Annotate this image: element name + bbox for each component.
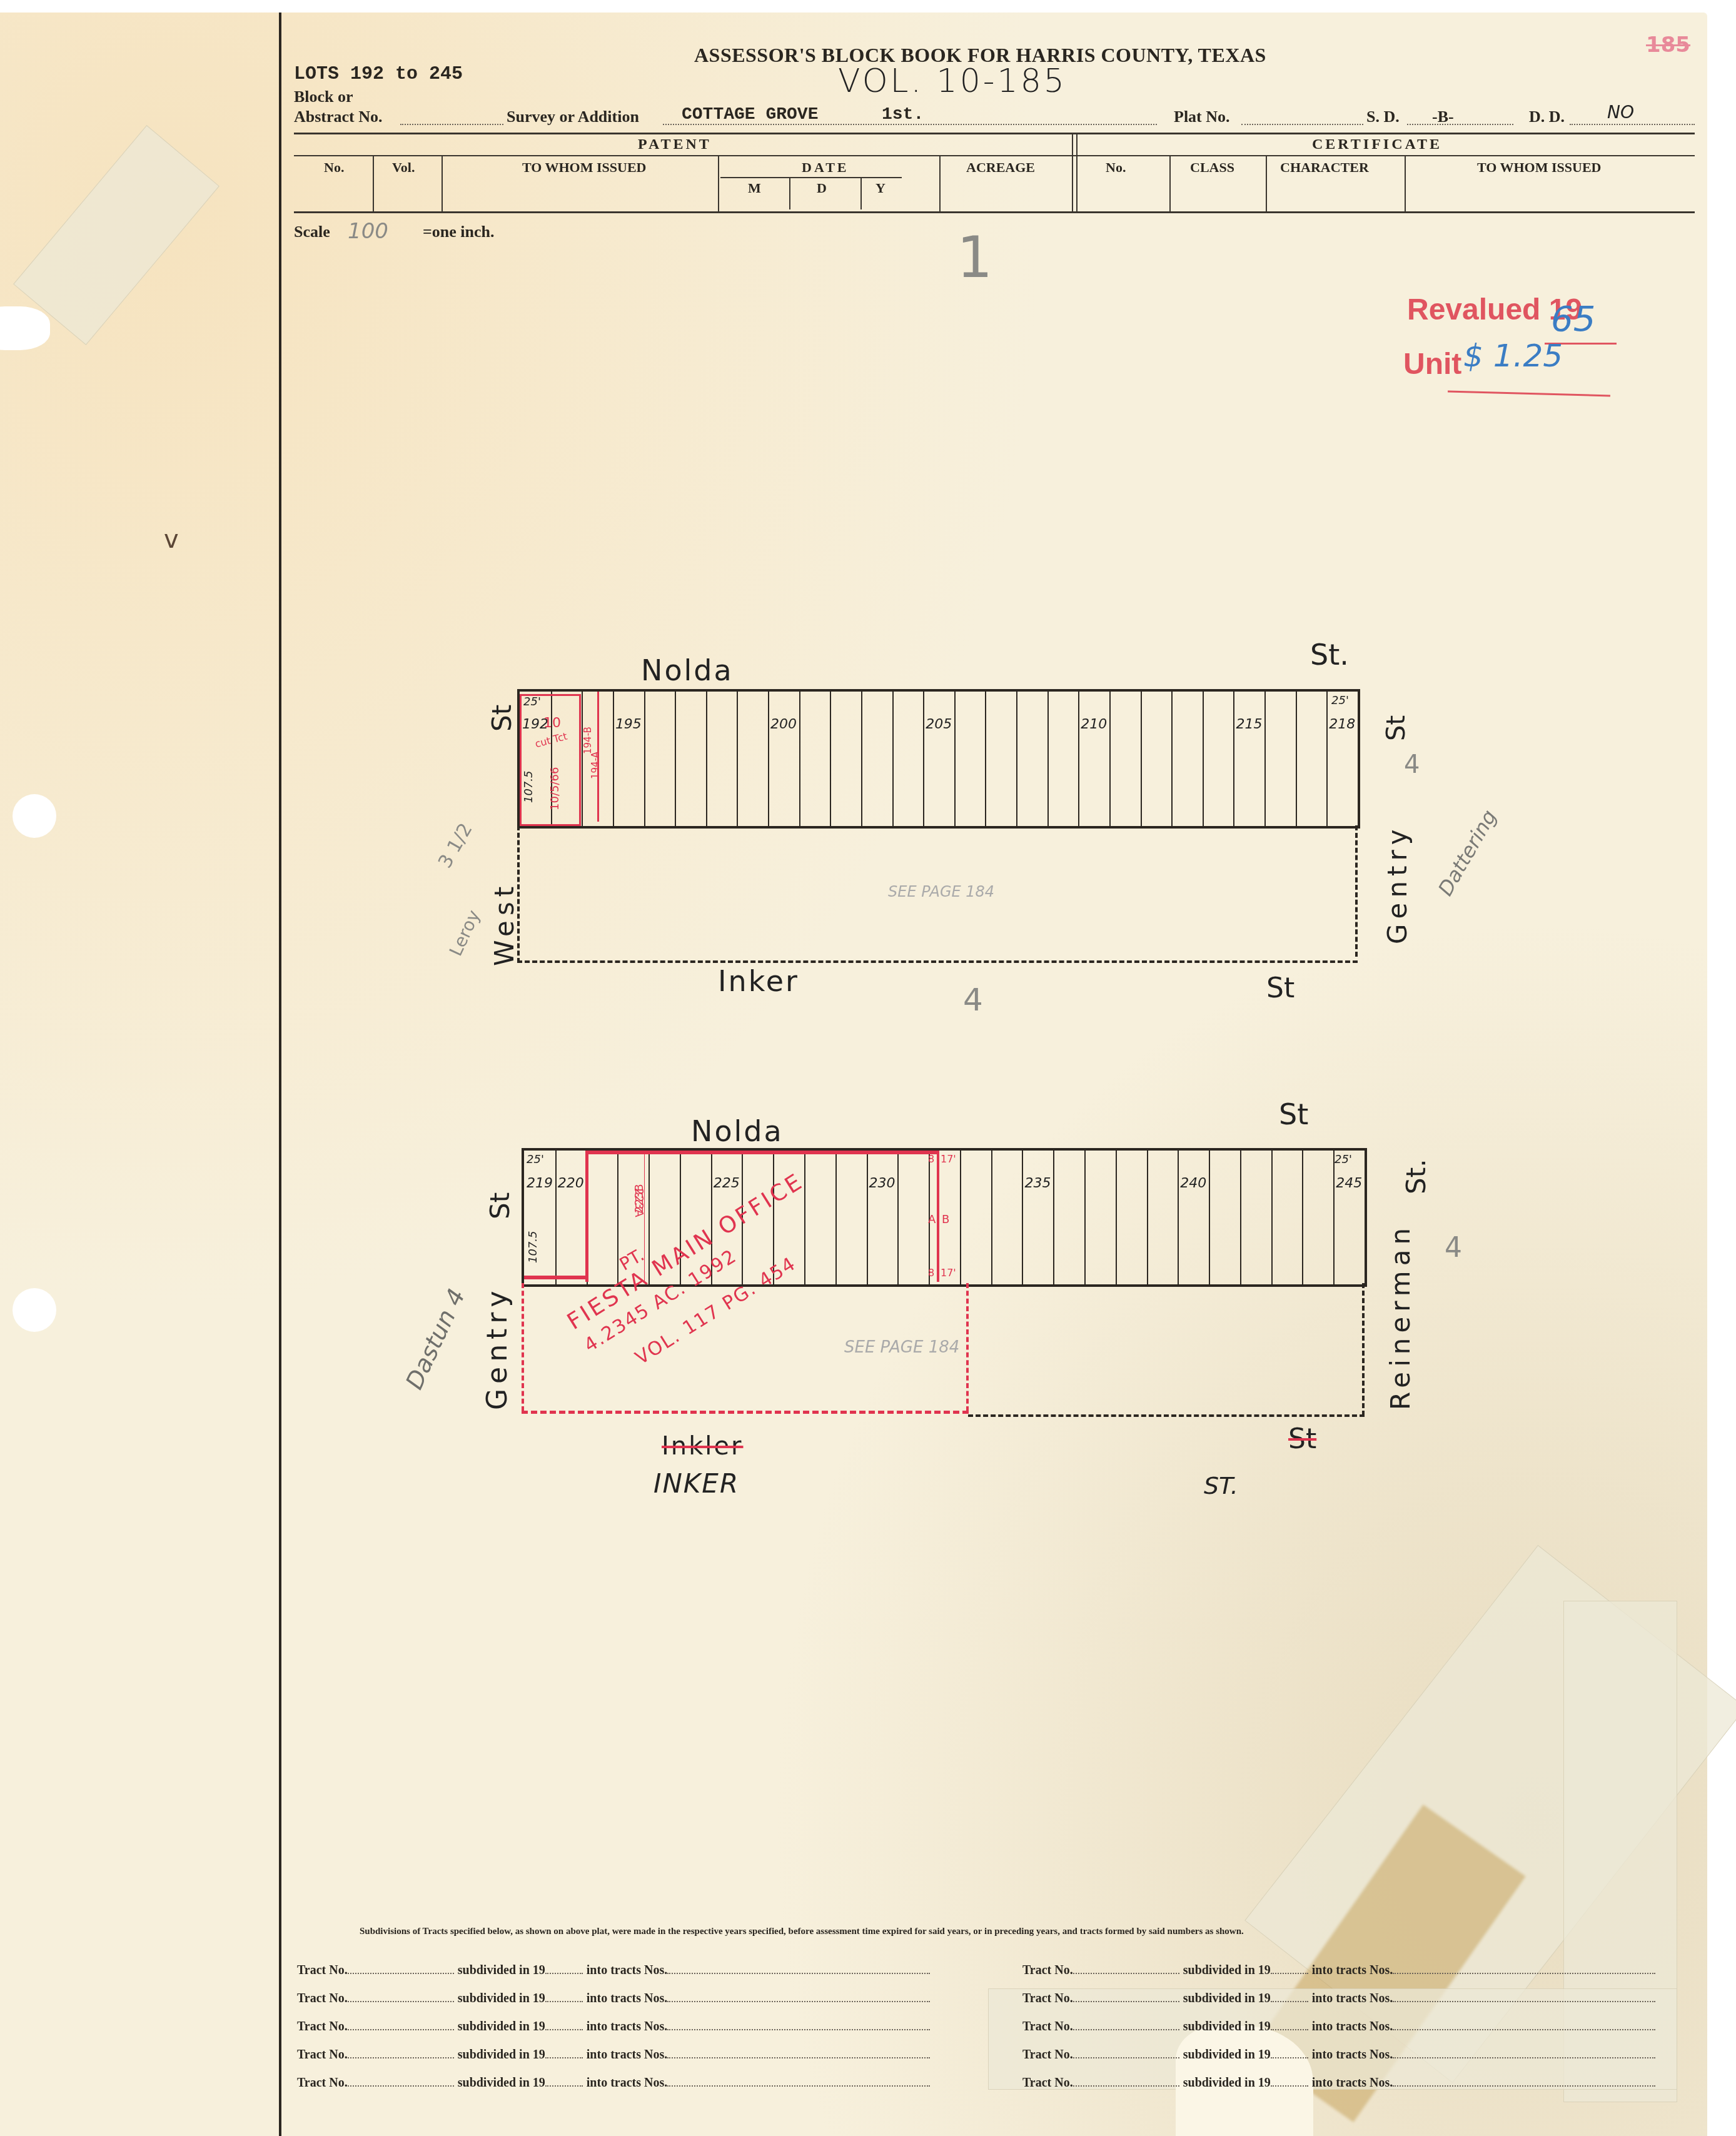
tract-no-label: Tract No.	[297, 2076, 348, 2090]
subdivided-label: subdivided in 19	[1183, 1992, 1271, 2005]
lot-divider	[1296, 692, 1297, 826]
into-tracts-label: into tracts Nos.	[587, 1963, 667, 1977]
lower-east-street: Reinerman	[1385, 1223, 1416, 1410]
subdivided-label-field[interactable]	[1271, 2085, 1308, 2087]
dd-label: D. D.	[1529, 108, 1565, 126]
lot-divider	[830, 692, 831, 826]
lot-divider	[555, 1151, 557, 1284]
lot-divider	[835, 1151, 837, 1284]
tract-row: Tract No.subdivided in 19into tracts Nos…	[297, 2048, 934, 2062]
lower-south-street: INKER	[654, 1468, 739, 1499]
col-divider	[718, 156, 719, 211]
tract-no-label-field[interactable]	[348, 2029, 454, 2030]
lot-divider	[1302, 1151, 1303, 1284]
upper-south-street-suffix: St	[1266, 972, 1294, 1004]
lower-split-a-width-top: 8	[928, 1153, 934, 1165]
tract-no-label-field[interactable]	[348, 2085, 454, 2087]
sd-label: S. D.	[1366, 108, 1400, 126]
lot-divider	[923, 692, 924, 826]
survey-suffix: 1st.	[882, 105, 924, 124]
lower-west-street-suffix: St	[485, 1192, 515, 1219]
lots-range: LOTS 192 to 245	[294, 64, 463, 85]
binder-hole-middle	[13, 794, 56, 838]
unit-label: Unit	[1403, 347, 1461, 381]
tract-row: Tract No.subdivided in 19into tracts Nos…	[297, 2020, 934, 2034]
tract-row: Tract No.subdivided in 19into tracts Nos…	[1022, 1963, 1659, 1978]
upper-south-dashed-line	[517, 960, 1358, 963]
into-tracts-label: into tracts Nos.	[1312, 2020, 1393, 2033]
subdivided-label: subdivided in 19	[1183, 2020, 1271, 2033]
margin-mark-1: 1	[957, 225, 992, 291]
upper-red-note-date: 10/5/66	[548, 767, 562, 810]
lot-divider	[861, 692, 862, 826]
lower-red-dashed-east	[966, 1283, 969, 1411]
col-divider	[1405, 156, 1406, 211]
subdivided-label: subdivided in 19	[1183, 2076, 1271, 2090]
cert-col-to-whom: TO WHOM ISSUED	[1477, 159, 1601, 176]
tract-no-label-field[interactable]	[1073, 2085, 1179, 2087]
col-divider	[939, 156, 941, 211]
into-tracts-label-field[interactable]	[667, 2057, 930, 2058]
date-col-y: Y	[876, 180, 886, 196]
into-tracts-label-field[interactable]	[1393, 2001, 1655, 2002]
subdivided-label: subdivided in 19	[458, 2076, 545, 2090]
tract-no-label-field[interactable]	[1073, 2029, 1179, 2030]
lot-divider	[1016, 692, 1017, 826]
lot-number: 215	[1236, 717, 1262, 732]
lot-divider	[1109, 692, 1111, 826]
plat-label: Plat No.	[1174, 108, 1230, 126]
page-number: 185	[1646, 33, 1690, 58]
date-col-m: M	[748, 180, 761, 196]
subdivided-label: subdivided in 19	[458, 2048, 545, 2062]
tract-row: Tract No.subdivided in 19into tracts Nos…	[297, 2076, 934, 2090]
into-tracts-label: into tracts Nos.	[587, 1992, 667, 2005]
tract-row: Tract No.subdivided in 19into tracts Nos…	[297, 1963, 934, 1978]
lot-divider	[768, 692, 769, 826]
tract-no-label: Tract No.	[297, 1963, 348, 1977]
col-divider	[860, 178, 862, 209]
lot-divider	[1022, 1151, 1023, 1284]
lower-frontage-right: 25'	[1335, 1153, 1352, 1166]
tract-no-label-field[interactable]	[348, 2001, 454, 2002]
tract-row: Tract No.subdivided in 19into tracts Nos…	[297, 1992, 934, 2006]
upper-south-street: Inker	[718, 964, 799, 998]
into-tracts-label: into tracts Nos.	[1312, 2076, 1393, 2090]
lower-west-street: Gentry	[482, 1286, 513, 1410]
volume-handwritten: VOL. 10-185	[838, 63, 1067, 100]
subdivided-label-field[interactable]	[1271, 2057, 1308, 2058]
lot-divider	[1264, 692, 1266, 826]
lot-divider	[985, 692, 986, 826]
tract-no-label-field[interactable]	[1073, 1973, 1179, 1974]
scale-suffix: =one inch.	[423, 223, 495, 241]
patent-col-date: DATE	[802, 159, 849, 176]
lower-see-page: SEE PAGE 184	[844, 1338, 959, 1357]
patent-col-to-whom: TO WHOM ISSUED	[522, 159, 646, 176]
cert-col-character: CHARACTER	[1280, 159, 1369, 176]
lot-number: 195	[615, 717, 642, 732]
tract-no-label: Tract No.	[1022, 2020, 1073, 2033]
into-tracts-label: into tracts Nos.	[587, 2076, 667, 2090]
lot-number: 205	[926, 717, 952, 732]
col-divider	[789, 178, 790, 209]
lot-divider	[1233, 692, 1234, 826]
lower-south-street-suffix-old: St	[1288, 1423, 1316, 1455]
scale-value: 100	[348, 219, 388, 244]
lot-divider	[867, 1151, 868, 1284]
tract-no-label-field[interactable]	[1073, 2001, 1179, 2002]
cert-col-no: No.	[1106, 159, 1126, 176]
upper-west-street: West	[489, 882, 520, 966]
left-margin-rule	[279, 13, 281, 2136]
into-tracts-label: into tracts Nos.	[587, 2048, 667, 2062]
upper-frontage-right: 25'	[1331, 694, 1349, 707]
tract-no-label-field[interactable]	[348, 2057, 454, 2058]
lot-divider	[960, 1151, 961, 1284]
dd-field[interactable]	[1570, 124, 1695, 125]
lot-number: 220	[558, 1176, 584, 1191]
patent-col-acreage: ACREAGE	[966, 159, 1035, 176]
upper-pencil-note-3: 4	[1404, 750, 1420, 779]
tract-row: Tract No.subdivided in 19into tracts Nos…	[1022, 1992, 1659, 2006]
lot-divider	[897, 1151, 899, 1284]
col-divider	[1169, 156, 1171, 211]
tract-row: Tract No.subdivided in 19into tracts Nos…	[1022, 2020, 1659, 2034]
lower-red-outline-top	[587, 1151, 937, 1154]
lot-divider	[1240, 1151, 1241, 1284]
subdivisions-intro: Subdivisions of Tracts specified below, …	[297, 1925, 1660, 1938]
upper-east-street: Gentry	[1382, 824, 1413, 944]
lot-number: 235	[1024, 1176, 1051, 1191]
lot-divider	[1147, 1151, 1148, 1284]
tract-no-label: Tract No.	[297, 1992, 348, 2005]
lower-red-outline-bottom-left	[524, 1276, 587, 1279]
lower-split-b-width-bottom: 17'	[941, 1267, 956, 1279]
lower-frontage-left: 25'	[527, 1153, 544, 1166]
into-tracts-label-field[interactable]	[667, 2085, 930, 2087]
block-label: Block or	[294, 88, 353, 106]
lower-east-street-suffix: St.	[1401, 1159, 1431, 1194]
col-divider	[442, 156, 443, 211]
tract-row: Tract No.subdivided in 19into tracts Nos…	[1022, 2076, 1659, 2090]
lot-divider	[675, 692, 676, 826]
lower-split-a-label: A	[928, 1213, 936, 1226]
abstract-label: Abstract No.	[294, 108, 383, 126]
upper-block-lots: 192195200205210215218 25' 25' 107.5 10 c…	[517, 689, 1360, 829]
lot-divider	[892, 692, 894, 826]
dd-value: NO	[1607, 102, 1634, 123]
subdivided-label-field[interactable]	[1271, 2029, 1308, 2030]
lot-divider	[644, 692, 645, 826]
into-tracts-label-field[interactable]	[1393, 2085, 1655, 2087]
subdivided-label: subdivided in 19	[458, 2020, 545, 2033]
into-tracts-label-field[interactable]	[1393, 2029, 1655, 2030]
into-tracts-label-field[interactable]	[667, 1973, 930, 1974]
lower-split-b-width-top: 17'	[941, 1153, 956, 1165]
subdivided-label-field[interactable]	[545, 1973, 583, 1974]
subdivided-label: subdivided in 19	[1183, 1963, 1271, 1977]
lot-divider	[1141, 692, 1142, 826]
tract-no-label: Tract No.	[1022, 2076, 1073, 2090]
lower-lot-ref-223a: 223A	[632, 1188, 645, 1217]
into-tracts-label-field[interactable]	[1393, 1973, 1655, 1974]
date-rule	[720, 177, 902, 178]
lot-divider	[706, 692, 707, 826]
unit-value: $ 1.25	[1463, 338, 1563, 374]
subdivided-label-field[interactable]	[545, 2001, 583, 2002]
lot-divider	[1271, 1151, 1273, 1284]
upper-red-note-10: 10	[543, 715, 561, 731]
upper-frontage-left: 25'	[523, 695, 541, 708]
lot-divider	[799, 692, 800, 826]
into-tracts-label: into tracts Nos.	[1312, 1992, 1393, 2005]
lot-divider	[1178, 1151, 1179, 1284]
table-top-rule	[294, 133, 1695, 134]
lower-split-b-label: B	[942, 1213, 949, 1226]
into-tracts-label: into tracts Nos.	[1312, 1963, 1393, 1977]
table-bottom-rule	[294, 211, 1695, 213]
lot-divider	[1209, 1151, 1210, 1284]
upper-west-street-suffix: St	[487, 705, 517, 732]
tract-no-label: Tract No.	[1022, 1963, 1073, 1977]
subdivided-label-field[interactable]	[545, 2029, 583, 2030]
lower-north-street-suffix: St	[1279, 1097, 1308, 1131]
lot-divider	[1333, 1151, 1335, 1284]
lower-east-dashed-line	[1362, 1283, 1365, 1416]
lower-red-dashed-west	[522, 1283, 524, 1411]
survey-value: COTTAGE GROVE	[682, 105, 818, 124]
table-header-rule	[294, 155, 1695, 156]
abstract-field[interactable]	[400, 124, 503, 125]
subdivided-label: subdivided in 19	[458, 1992, 545, 2005]
lot-number: 218	[1329, 717, 1355, 732]
tract-no-label-field[interactable]	[348, 1973, 454, 1974]
tract-no-label: Tract No.	[1022, 1992, 1073, 2005]
lot-number: 230	[869, 1176, 896, 1191]
patent-col-vol: Vol.	[392, 159, 415, 176]
upper-red-note-194a: 194-A	[590, 752, 601, 779]
date-col-d: D	[817, 180, 827, 196]
lower-pencil-note-2: 4	[1445, 1232, 1462, 1264]
lot-number: 225	[714, 1176, 740, 1191]
upper-north-street-suffix: St.	[1310, 638, 1349, 672]
lot-divider	[1171, 692, 1173, 826]
upper-see-page: SEE PAGE 184	[888, 883, 994, 900]
upper-north-street: Nolda	[641, 653, 734, 687]
subdivided-label-field[interactable]	[1271, 2001, 1308, 2002]
lot-divider	[954, 692, 956, 826]
lot-divider	[1203, 692, 1204, 826]
tract-no-label-field[interactable]	[1073, 2057, 1179, 2058]
lot-divider	[991, 1151, 992, 1284]
survey-field[interactable]	[663, 124, 1157, 125]
lot-number: 219	[527, 1176, 553, 1191]
lower-split-a-width-bottom: 8	[928, 1267, 934, 1279]
revalued-year: 65	[1551, 299, 1595, 340]
lower-south-street-old: Inkler	[662, 1432, 743, 1461]
upper-depth: 107.5	[522, 770, 535, 803]
lot-number: 240	[1180, 1176, 1206, 1191]
into-tracts-label-field[interactable]	[667, 2001, 930, 2002]
upper-red-note-194b: 194-B	[582, 727, 593, 754]
scale-label: Scale	[294, 223, 330, 241]
into-tracts-label: into tracts Nos.	[1312, 2048, 1393, 2062]
patent-title: PATENT	[638, 136, 712, 153]
lower-north-street: Nolda	[691, 1114, 784, 1148]
lot-divider	[613, 692, 614, 826]
lot-number: 245	[1336, 1176, 1362, 1191]
lower-red-outline-right	[937, 1151, 939, 1282]
upper-east-dashed-line	[1355, 825, 1358, 957]
survey-label: Survey or Addition	[507, 108, 639, 126]
into-tracts-label: into tracts Nos.	[587, 2020, 667, 2033]
certificate-title: CERTIFICATE	[1312, 136, 1442, 153]
sd-field[interactable]	[1407, 124, 1513, 125]
binder-hole-lower	[13, 1288, 56, 1332]
lot-number: 200	[770, 717, 797, 732]
tract-no-label: Tract No.	[1022, 2048, 1073, 2062]
tract-no-label: Tract No.	[297, 2048, 348, 2062]
upper-lot-grid: 192195200205210215218	[520, 692, 1358, 826]
lower-south-dashed-line	[968, 1414, 1365, 1417]
subdivided-label-field[interactable]	[545, 2085, 583, 2087]
col-divider	[1266, 156, 1267, 211]
binder-hole-top	[0, 306, 50, 350]
lot-divider	[1047, 692, 1049, 826]
lot-divider	[1116, 1151, 1117, 1284]
margin-mark-4: 4	[963, 982, 983, 1018]
lot-divider	[1326, 692, 1328, 826]
upper-east-street-suffix: St	[1382, 715, 1411, 741]
lower-depth: 107.5	[527, 1231, 540, 1263]
patent-col-no: No.	[324, 159, 344, 176]
subdivided-label-field[interactable]	[545, 2057, 583, 2058]
lot-divider	[804, 1151, 805, 1284]
lot-divider	[737, 692, 738, 826]
into-tracts-label-field[interactable]	[1393, 2057, 1655, 2058]
lower-red-outline-left	[585, 1151, 588, 1282]
lot-divider	[1078, 692, 1079, 826]
lot-divider	[617, 1151, 618, 1284]
plat-field[interactable]	[1241, 124, 1363, 125]
col-divider	[373, 156, 374, 211]
lot-divider	[1084, 1151, 1086, 1284]
lower-red-dashed-south	[522, 1411, 969, 1414]
cert-col-class: CLASS	[1190, 159, 1234, 176]
lot-number: 210	[1081, 717, 1107, 732]
subdivided-label: subdivided in 19	[1183, 2048, 1271, 2062]
tract-row: Tract No.subdivided in 19into tracts Nos…	[1022, 2048, 1659, 2062]
subdivided-label: subdivided in 19	[458, 1963, 545, 1977]
subdivided-label-field[interactable]	[1271, 1973, 1308, 1974]
lot-divider	[1053, 1151, 1054, 1284]
tract-no-label: Tract No.	[297, 2020, 348, 2033]
margin-check-mark: v	[164, 525, 179, 554]
lower-south-street-suffix: ST.	[1204, 1472, 1238, 1499]
into-tracts-label-field[interactable]	[667, 2029, 930, 2030]
patent-cert-divider	[1072, 133, 1077, 211]
